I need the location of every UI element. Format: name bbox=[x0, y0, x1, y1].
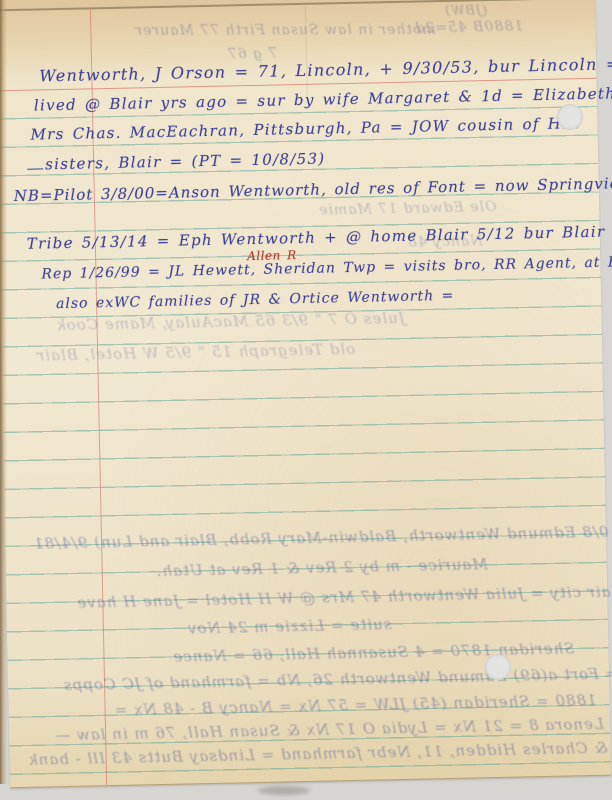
bleedthrough-line: (JBW) bbox=[444, 3, 488, 19]
scan-smudge bbox=[258, 786, 310, 795]
page-edge-shadow bbox=[0, 0, 7, 784]
punch-hole bbox=[557, 104, 583, 130]
handwritten-line: Wentworth, J Orson = 71, Lincoln, + 9/30… bbox=[39, 54, 612, 85]
bleedthrough-line: 7 g 67 bbox=[227, 45, 278, 62]
scanned-page-scene: (JBW) 1880B 45=2d mother in law Susan Fi… bbox=[0, 0, 612, 800]
bleedthrough-line: mother in law Susan Firth 77 Maurer bbox=[134, 22, 435, 39]
notebook-page: (JBW) 1880B 45=2d mother in law Susan Fi… bbox=[0, 0, 611, 788]
underline-mark bbox=[27, 154, 43, 169]
paper-crease bbox=[305, 5, 308, 100]
punch-hole bbox=[485, 654, 511, 680]
